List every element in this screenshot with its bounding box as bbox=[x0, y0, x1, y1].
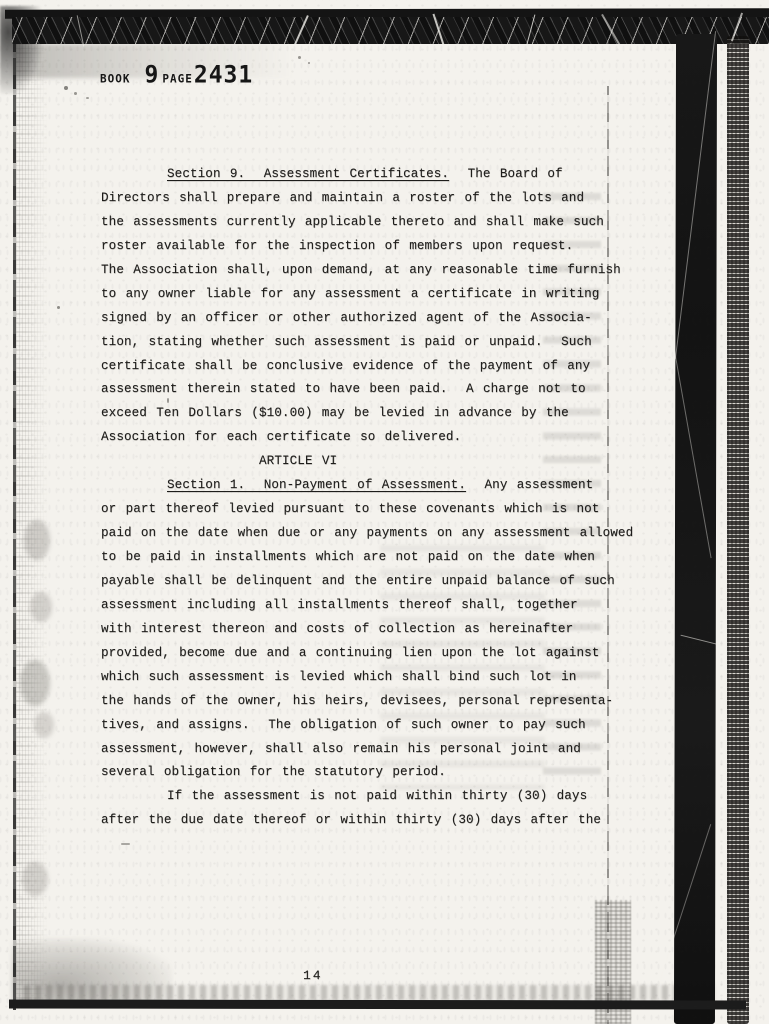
ink-speck bbox=[86, 97, 89, 99]
body-line: after the due date thereof or within thi… bbox=[101, 809, 613, 833]
body-line: which such assessment is levied which sh… bbox=[101, 666, 613, 690]
body-line: signed by an officer or other authorized… bbox=[101, 307, 613, 331]
ink-speck bbox=[167, 398, 169, 403]
body-line: roster available for the inspection of m… bbox=[101, 235, 613, 259]
smudge-blob bbox=[20, 660, 50, 706]
body-line: tion, stating whether such assessment is… bbox=[101, 331, 613, 355]
scan-artifact-right-fold-line bbox=[607, 86, 609, 1024]
body-line: The Association shall, upon demand, at a… bbox=[101, 259, 613, 283]
stamp-book-label: BOOK bbox=[100, 72, 131, 86]
scan-artifact-top-texture-band bbox=[12, 17, 769, 44]
body-line: to any owner liable for any assessment a… bbox=[101, 283, 613, 307]
body-line: Association for each certificate so deli… bbox=[101, 426, 613, 450]
section1-heading-line: Section 1. Non-Payment of Assessment. An… bbox=[101, 474, 613, 498]
body-line: paid on the date when due or any payment… bbox=[101, 522, 613, 546]
smudge-blob bbox=[30, 592, 52, 622]
book-page-stamp: BOOK 9 PAGE 2431 bbox=[100, 64, 253, 88]
page-number: 14 bbox=[303, 968, 323, 983]
article-heading: ARTICLE VI bbox=[101, 450, 613, 474]
scan-artifact-bottom-band bbox=[9, 999, 746, 1009]
body-line: payable shall be delinquent and the enti… bbox=[101, 570, 613, 594]
body-line: assessment therein stated to have been p… bbox=[101, 378, 613, 402]
smudge-blob bbox=[34, 712, 54, 738]
section9-heading: Section 9. Assessment Certificates. bbox=[167, 167, 449, 181]
body-line: the assessments currently applicable the… bbox=[101, 211, 613, 235]
body-line: Directors shall prepare and maintain a r… bbox=[101, 187, 613, 211]
body-line: certificate shall be conclusive evidence… bbox=[101, 355, 613, 379]
smudge-blob bbox=[24, 520, 50, 560]
body-line: assessment, however, shall also remain h… bbox=[101, 738, 613, 762]
body-line: exceed Ten Dollars ($10.00) may be levie… bbox=[101, 402, 613, 426]
ink-speck bbox=[298, 56, 301, 59]
ink-speck bbox=[74, 92, 77, 95]
body-line: If the assessment is not paid within thi… bbox=[101, 785, 613, 809]
scan-artifact-left-edge-line bbox=[13, 38, 16, 1010]
body-line: tives, and assigns. The obligation of su… bbox=[101, 714, 613, 738]
body-line: provided, become due and a continuing li… bbox=[101, 642, 613, 666]
body-line: to be paid in installments which are not… bbox=[101, 546, 613, 570]
document-body: Section 9. Assessment Certificates. The … bbox=[101, 163, 613, 833]
body-line: the hands of the owner, his heirs, devis… bbox=[101, 690, 613, 714]
body-line: with interest thereon and costs of colle… bbox=[101, 618, 613, 642]
ink-speck bbox=[64, 86, 68, 90]
ink-speck bbox=[121, 843, 130, 845]
ink-speck bbox=[57, 306, 60, 309]
scan-artifact-bottom-fuzz bbox=[24, 985, 716, 1000]
smudge-blob bbox=[22, 862, 48, 896]
section1-heading-rest: Any assessment bbox=[466, 478, 593, 492]
stamp-page-number: 2431 bbox=[194, 64, 253, 88]
body-line: or part thereof levied pursuant to these… bbox=[101, 498, 613, 522]
section9-heading-line: Section 9. Assessment Certificates. The … bbox=[101, 163, 613, 187]
stamp-book-number: 9 bbox=[145, 64, 160, 88]
stamp-page-label: PAGE bbox=[162, 72, 193, 86]
body-line: several obligation for the statutory per… bbox=[101, 761, 613, 785]
scanned-document-page: BOOK 9 PAGE 2431 Section 9. Assessment C… bbox=[0, 0, 769, 1024]
ink-speck bbox=[308, 62, 310, 64]
section1-heading: Section 1. Non-Payment of Assessment. bbox=[167, 478, 466, 492]
section9-heading-rest: The Board of bbox=[449, 167, 563, 181]
scan-artifact-right-texture-strip bbox=[727, 36, 749, 1024]
body-line: assessment including all installments th… bbox=[101, 594, 613, 618]
